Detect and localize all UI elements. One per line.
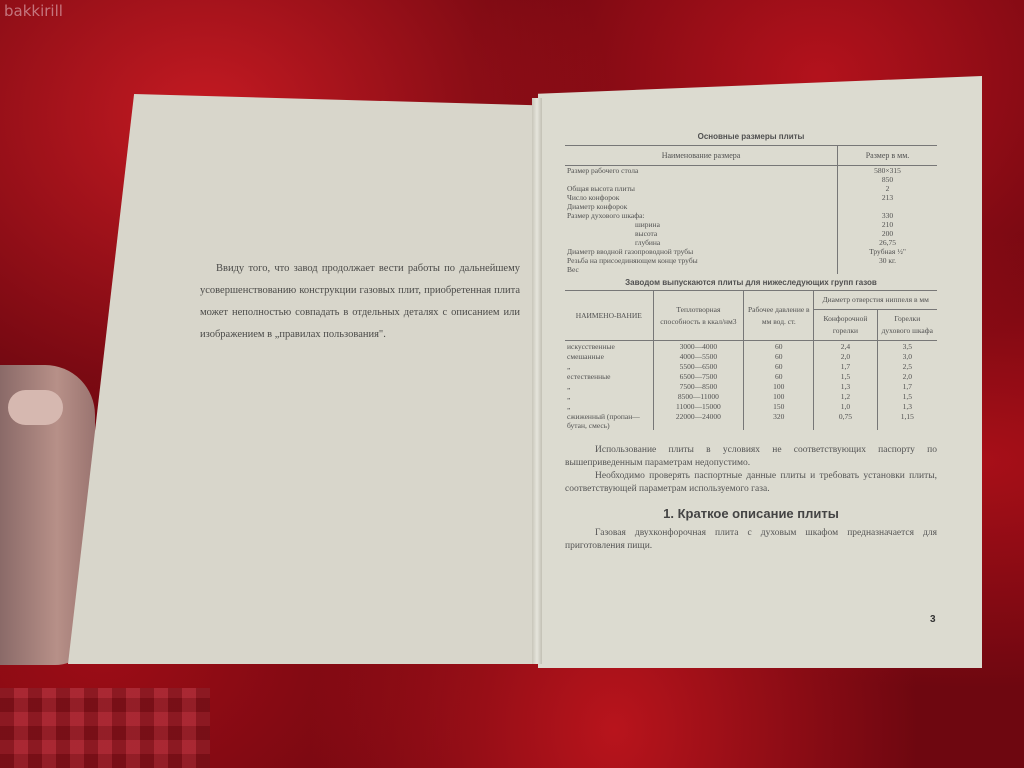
notes: Использование плиты в условиях не соотве… [565, 444, 937, 496]
gas-cell-burner: 2,4 [814, 341, 877, 352]
gas-header-oven: Горелки духового шкафа [877, 310, 937, 341]
gas-cell-heat: 8500—11000 [653, 391, 744, 401]
section-text: Газовая двухконфорочная плита с духовым … [565, 527, 937, 553]
dimension-row: Размер духового шкафа:330 [565, 211, 937, 220]
gas-row: сжиженный (пропан—бутан, смесь)22000—240… [565, 411, 937, 430]
gas-cell-pressure: 60 [744, 341, 814, 352]
dimension-name: Диаметр вводной газопроводной трубы [565, 247, 838, 256]
dimension-value: 330 [838, 211, 938, 220]
gas-cell-heat: 11000—15000 [653, 401, 744, 411]
gas-cell-name: искусственные [565, 341, 653, 352]
dimension-name: Размер рабочего стола [565, 166, 838, 176]
gas-cell-heat: 22000—24000 [653, 411, 744, 430]
right-page-content: Основные размеры плиты Наименование разм… [565, 132, 937, 553]
dimension-name: Диаметр конфорок [565, 202, 838, 211]
gas-row: искусственные3000—4000602,43,5 [565, 341, 937, 352]
dimension-row: Диаметр вводной газопроводной трубыТрубн… [565, 247, 937, 256]
gas-header-burner: Конфорочной горелки [814, 310, 877, 341]
gas-row: смешанные4000—5500602,03,0 [565, 351, 937, 361]
gas-cell-pressure: 320 [744, 411, 814, 430]
gas-cell-name: естественные [565, 371, 653, 381]
gas-cell-burner: 1,5 [814, 371, 877, 381]
gas-cell-heat: 6500—7500 [653, 371, 744, 381]
gas-cell-pressure: 100 [744, 381, 814, 391]
gas-cell-burner: 1,2 [814, 391, 877, 401]
gas-header-pressure: Рабочее давление в мм вод. ст. [744, 291, 814, 341]
gas-cell-oven: 2,5 [877, 361, 937, 371]
gas-cell-burner: 1,0 [814, 401, 877, 411]
page-number: 3 [930, 614, 936, 625]
dimension-value: 850 [838, 175, 938, 184]
dimensions-title: Основные размеры плиты [565, 132, 937, 141]
dimension-value: 200 [838, 229, 938, 238]
gas-cell-oven: 2,0 [877, 371, 937, 381]
gas-header-name: НАИМЕНО-ВАНИЕ [565, 291, 653, 341]
gas-row: „7500—85001001,31,7 [565, 381, 937, 391]
gas-header-heat: Теплотворная способность в ккал/нм3 [653, 291, 744, 341]
gas-cell-burner: 2,0 [814, 351, 877, 361]
gas-cell-oven: 1,5 [877, 391, 937, 401]
dimension-row: 850 [565, 175, 937, 184]
gas-row: „5500—6500601,72,5 [565, 361, 937, 371]
dimension-name: Число конфорок [565, 193, 838, 202]
dimension-value [838, 202, 938, 211]
dimension-name: ширина [565, 220, 838, 229]
dimension-name [565, 175, 838, 184]
gas-cell-burner: 1,3 [814, 381, 877, 391]
gas-row: „8500—110001001,21,5 [565, 391, 937, 401]
gas-cell-name: „ [565, 361, 653, 371]
gas-cell-pressure: 60 [744, 361, 814, 371]
gas-cell-name: „ [565, 401, 653, 411]
dimension-name: высота [565, 229, 838, 238]
left-page-text: Ввиду того, что завод продолжает вести р… [200, 258, 520, 346]
dimensions-table: Наименование размера Размер в мм. Размер… [565, 145, 937, 274]
gas-cell-pressure: 100 [744, 391, 814, 401]
dimension-value [838, 265, 938, 274]
dim-header-size: Размер в мм. [838, 146, 938, 166]
book-spine [532, 98, 542, 664]
dim-header-name: Наименование размера [565, 146, 838, 166]
thumbnail [8, 390, 63, 425]
gas-cell-oven: 3,5 [877, 341, 937, 352]
gas-cell-pressure: 150 [744, 401, 814, 411]
dimension-row: Диаметр конфорок [565, 202, 937, 211]
dimension-row: Размер рабочего стола580×315 [565, 166, 937, 176]
gas-row: естественные6500—7500601,52,0 [565, 371, 937, 381]
dimension-value: 210 [838, 220, 938, 229]
gas-cell-heat: 5500—6500 [653, 361, 744, 371]
pixelated-region [0, 688, 210, 768]
section-body: Газовая двухконфорочная плита с духовым … [565, 527, 937, 553]
disclaimer-paragraph: Ввиду того, что завод продолжает вести р… [200, 258, 520, 346]
gas-cell-oven: 1,7 [877, 381, 937, 391]
dimension-value: Трубная ½" [838, 247, 938, 256]
gas-cell-pressure: 60 [744, 371, 814, 381]
dimension-name: Вес [565, 265, 838, 274]
gas-header-diameter: Диаметр отверстия ниппеля в мм [814, 291, 937, 310]
watermark: bakkirill [4, 2, 63, 20]
note-1: Использование плиты в условиях не соотве… [565, 444, 937, 470]
dimension-row: Общая высота плиты2 [565, 184, 937, 193]
left-page [68, 94, 540, 664]
gas-cell-heat: 3000—4000 [653, 341, 744, 352]
dimension-value: 213 [838, 193, 938, 202]
dimension-row: Резьба на присоединяющем конце трубы30 к… [565, 256, 937, 265]
gas-cell-name: „ [565, 381, 653, 391]
dimension-name: Общая высота плиты [565, 184, 838, 193]
gas-row: „11000—150001501,01,3 [565, 401, 937, 411]
gas-cell-name: смешанные [565, 351, 653, 361]
dimension-row: высота200 [565, 229, 937, 238]
dimension-row: Вес [565, 265, 937, 274]
dimension-value: 580×315 [838, 166, 938, 176]
dimension-name: глубина [565, 238, 838, 247]
gas-cell-oven: 1,15 [877, 411, 937, 430]
dimension-value: 2 [838, 184, 938, 193]
dimension-value: 26,75 [838, 238, 938, 247]
dimension-row: ширина210 [565, 220, 937, 229]
dimension-row: Число конфорок213 [565, 193, 937, 202]
gas-cell-name: сжиженный (пропан—бутан, смесь) [565, 411, 653, 430]
note-2: Необходимо проверять паспортные данные п… [565, 470, 937, 496]
gas-cell-heat: 7500—8500 [653, 381, 744, 391]
gas-cell-burner: 1,7 [814, 361, 877, 371]
gas-table-title: Заводом выпускаются плиты для нижеследую… [565, 278, 937, 287]
gas-table: НАИМЕНО-ВАНИЕ Теплотворная способность в… [565, 290, 937, 430]
section-title: 1. Краткое описание плиты [565, 506, 937, 521]
dimension-name: Резьба на присоединяющем конце трубы [565, 256, 838, 265]
gas-cell-oven: 1,3 [877, 401, 937, 411]
gas-cell-name: „ [565, 391, 653, 401]
gas-cell-heat: 4000—5500 [653, 351, 744, 361]
gas-cell-pressure: 60 [744, 351, 814, 361]
gas-cell-oven: 3,0 [877, 351, 937, 361]
dimension-value: 30 кг. [838, 256, 938, 265]
gas-cell-burner: 0,75 [814, 411, 877, 430]
dimension-row: глубина26,75 [565, 238, 937, 247]
dimension-name: Размер духового шкафа: [565, 211, 838, 220]
